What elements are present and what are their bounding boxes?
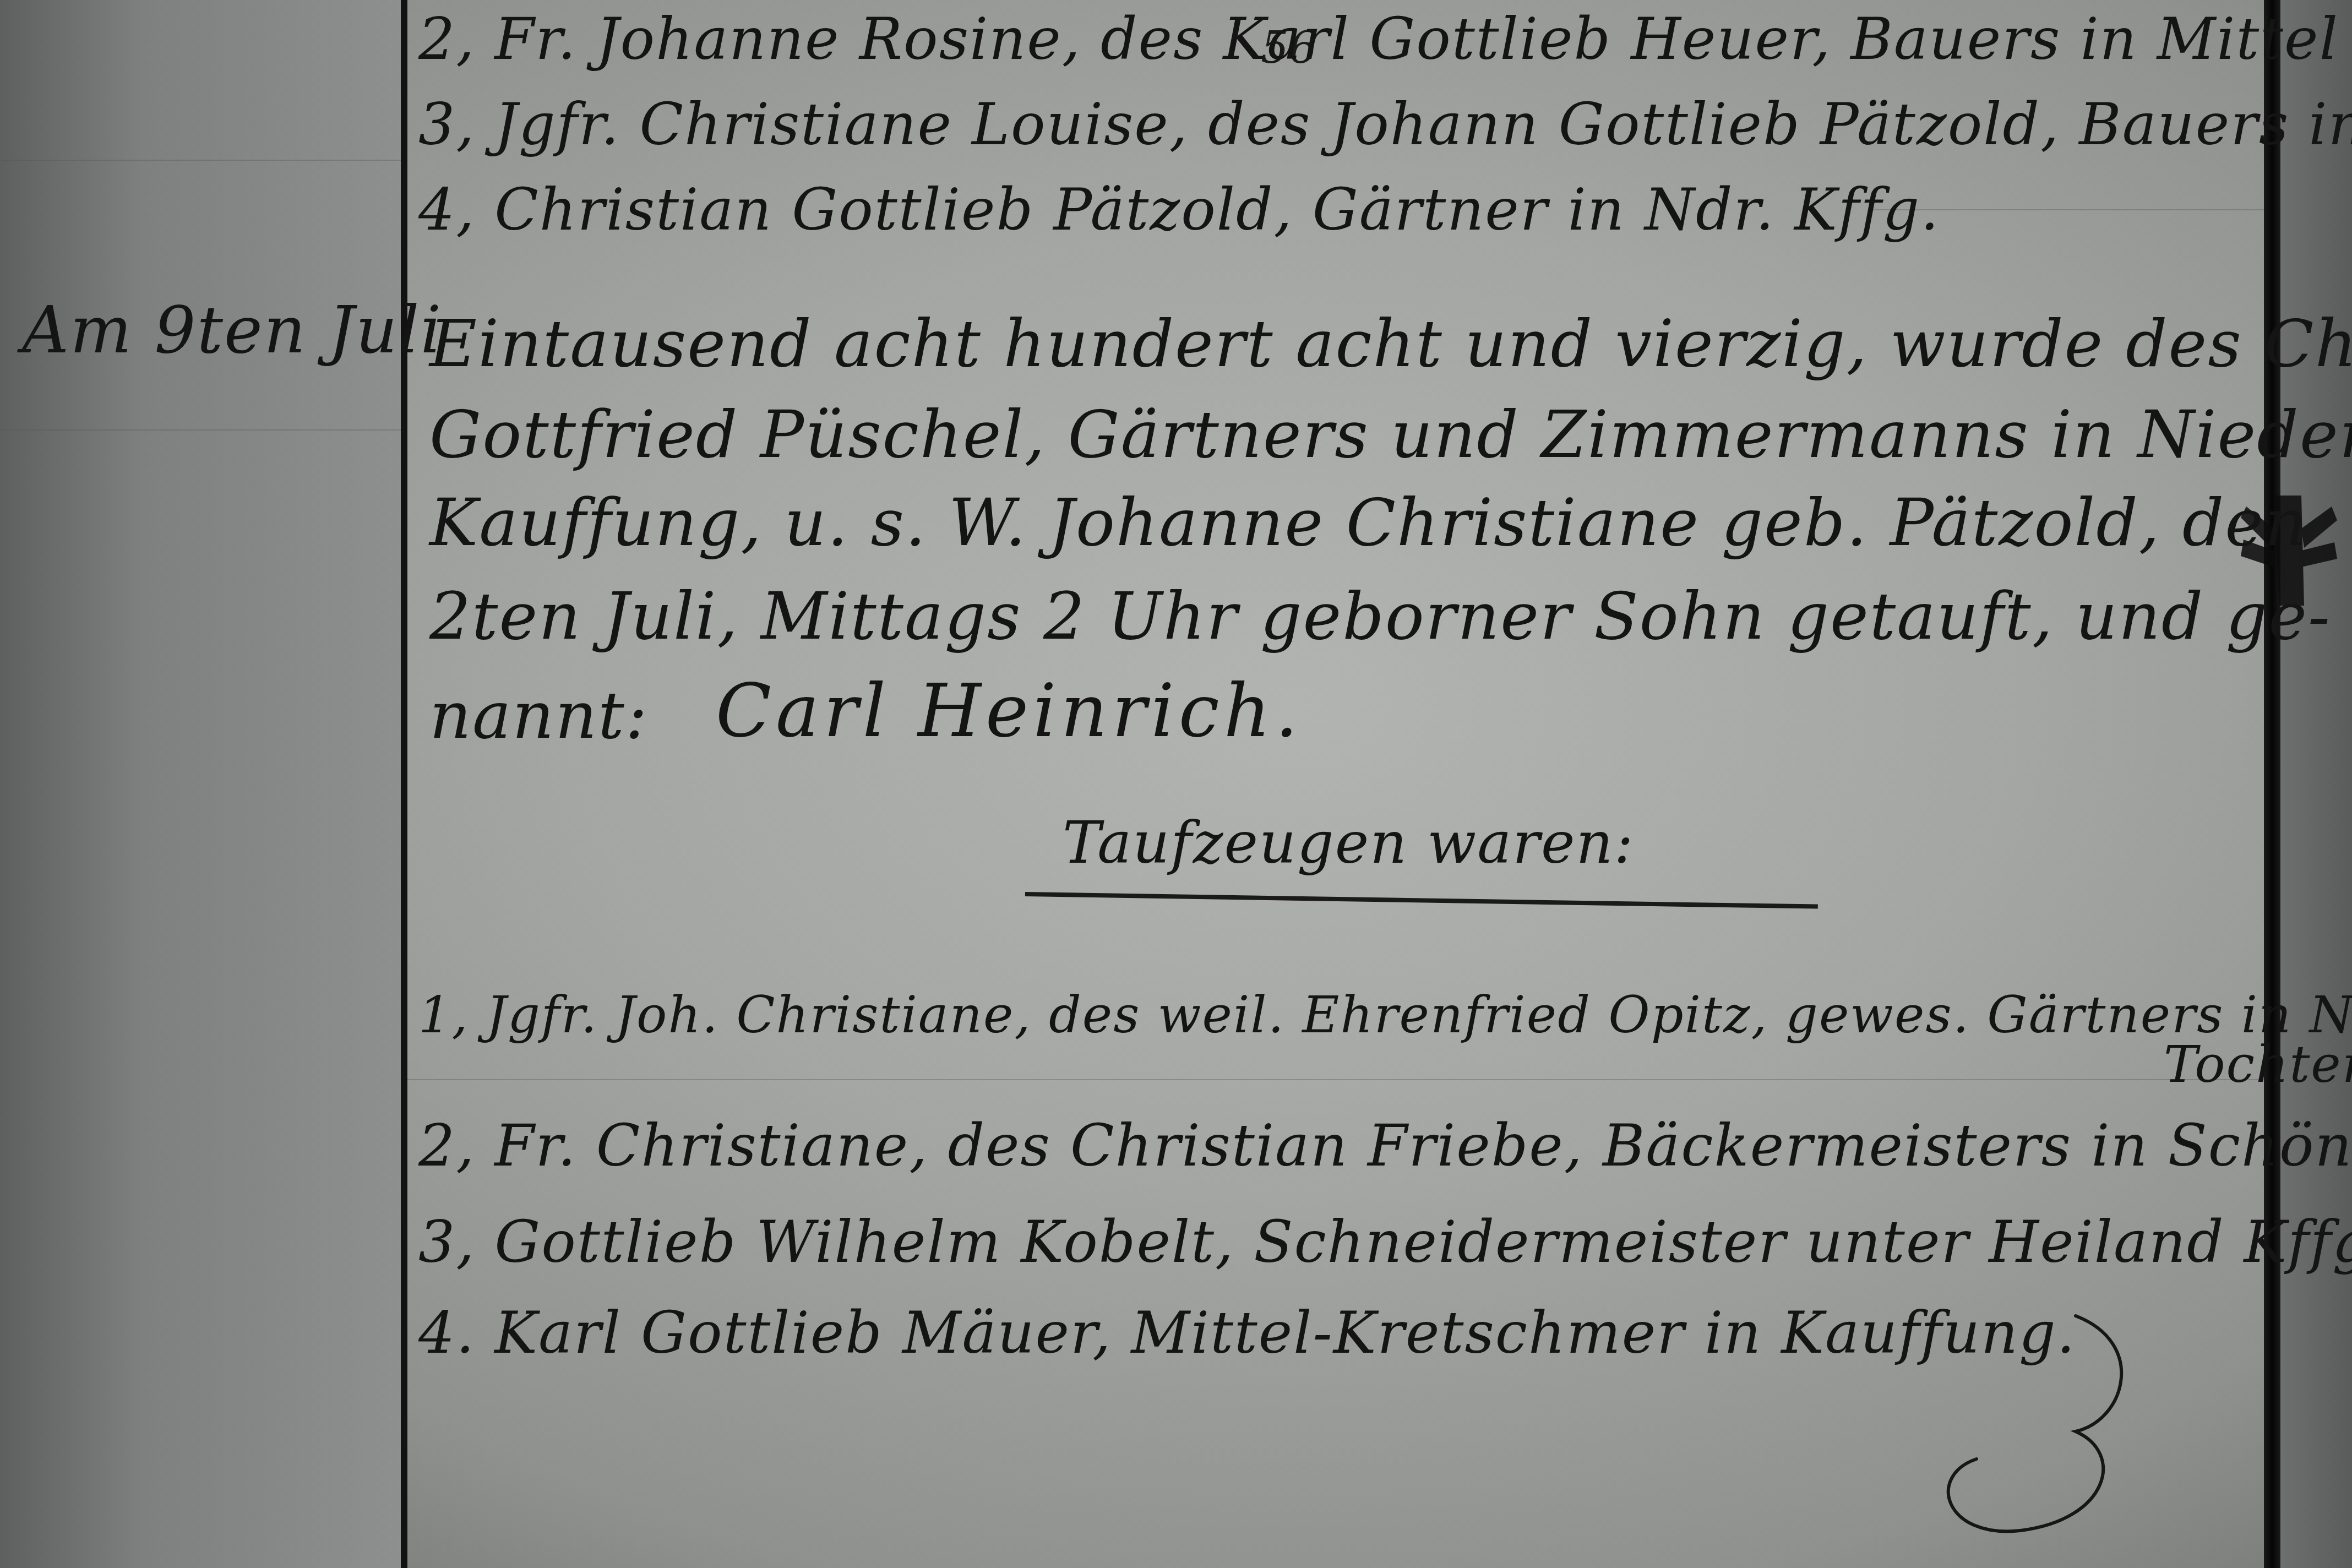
prev-witness-line: 4, Christian Gottlieb Pätzold, Gärtner i…: [418, 176, 1940, 243]
entry-line: nannt:: [429, 677, 649, 753]
witness-line: 4. Karl Gottlieb Mäuer, Mittel-Kretschme…: [418, 1299, 2076, 1366]
entry-line: Kauffung, u. s. W. Johanne Christiane ge…: [429, 484, 2307, 560]
entry-line: Eintausend acht hundert acht und vierzig…: [429, 306, 2352, 382]
witness-line: 2, Fr. Christiane, des Christian Friebe,…: [418, 1112, 2352, 1179]
binding-strip: [2280, 0, 2352, 1568]
child-name: Carl Heinrich.: [716, 669, 1303, 754]
left-margin-column: [0, 0, 405, 1568]
witnesses-header: Taufzeugen waren:: [1063, 809, 1635, 876]
closing-flourish-icon: [1894, 1310, 2158, 1542]
witness-line: 3, Gottlieb Wilhelm Kobelt, Schneidermei…: [418, 1208, 2352, 1276]
ruled-line: [0, 160, 405, 161]
ruled-line: [407, 1079, 2268, 1080]
prev-witness-line: 2, Fr. Johanne Rosine, des Karl Gottlieb…: [418, 6, 2352, 73]
margin-rule-right: [2264, 0, 2280, 1568]
entry-line: Gottfried Püschel, Gärtners und Zimmerma…: [429, 396, 2352, 472]
margin-rule-left: [401, 0, 407, 1568]
witness-line-continuation: Tochter.: [2164, 1035, 2352, 1094]
margin-date-note: Am 9ten Juli: [22, 292, 442, 368]
witness-line: 1, Jgfr. Joh. Christiane, des weil. Ehre…: [418, 986, 2352, 1044]
prev-witness-line: 3, Jgfr. Christiane Louise, des Johann G…: [418, 91, 2352, 158]
entry-line: 2ten Juli, Mittags 2 Uhr geborner Sohn g…: [429, 578, 2331, 654]
ruled-line: [0, 429, 405, 431]
